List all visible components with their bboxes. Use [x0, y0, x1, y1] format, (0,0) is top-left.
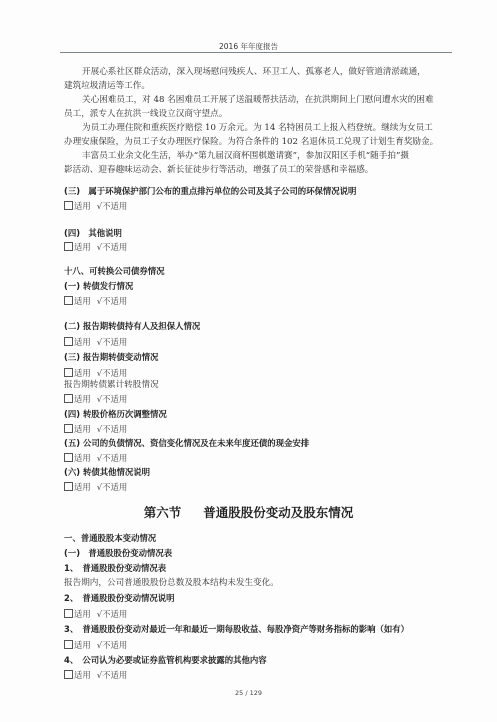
item-1-text: 报告期内，公司普通股股份总数及股本结构未发生变化。: [64, 578, 279, 589]
checkbox-applicable-icon: [64, 337, 73, 346]
checkbox-row-bond5: 适用√不适用: [64, 453, 127, 464]
item-4-heading: 4、 公司认为必要或证券监管机构要求披露的其他内容: [64, 655, 267, 666]
page-number: 25 / 129: [0, 689, 497, 697]
label-not-applicable: 不适用: [102, 394, 127, 404]
label-not-applicable: 不适用: [102, 424, 127, 434]
label-applicable: 适用: [74, 368, 91, 378]
checkbox-row-env: 适用√不适用: [64, 201, 127, 212]
checkbox-row-item4: 适用√不适用: [64, 670, 127, 681]
paragraph-community-line2: 建筑垃圾清运等工作。: [64, 81, 150, 92]
checkbox-row-bond3: 适用√不适用: [64, 368, 127, 379]
label-applicable: 适用: [74, 670, 91, 680]
paragraph-insurance-line1: 为员工办理住院和重疾医疗赔偿 10 万余元。为 14 名特困员工上报入档登统。继…: [82, 123, 433, 134]
label-applicable: 适用: [74, 424, 91, 434]
item-3-heading: 3、 普通股股份变动对最近一年和最近一期每股收益、每股净资产等财务指标的影响（如…: [64, 624, 409, 635]
share-capital-heading: 一、普通股股本变动情况: [64, 533, 156, 544]
checkbox-row-other: 适用√不适用: [64, 242, 127, 253]
checkbox-applicable-icon: [64, 670, 73, 679]
env-protection-heading: (三) 属于环境保护部门公布的重点排污单位的公司及其子公司的环保情况说明: [64, 186, 356, 197]
label-applicable: 适用: [74, 201, 91, 211]
page-header-title: 2016 年年度报告: [0, 41, 497, 52]
other-notes-heading: (四) 其他说明: [64, 228, 122, 239]
label-applicable: 适用: [74, 640, 91, 650]
label-applicable: 适用: [74, 296, 91, 306]
label-applicable: 适用: [74, 609, 91, 619]
label-applicable: 适用: [74, 453, 91, 463]
label-not-applicable: 不适用: [102, 453, 127, 463]
label-not-applicable: 不适用: [102, 242, 127, 252]
checkbox-applicable-icon: [64, 296, 73, 305]
checkbox-applicable-icon: [64, 640, 73, 649]
checkbox-row-bond1: 适用√不适用: [64, 296, 127, 307]
bond-other-heading: (六) 转债其他情况说明: [64, 467, 150, 478]
checkbox-row-bond2: 适用√不适用: [64, 337, 127, 348]
checkbox-applicable-icon: [64, 453, 73, 462]
checkbox-row-item3: 适用√不适用: [64, 640, 127, 651]
label-applicable: 适用: [74, 394, 91, 404]
paragraph-culture-line2: 影活动、迎春趣味运动会、新长征徒步行等活动，增强了员工的荣誉感和幸福感。: [64, 165, 373, 176]
share-change-table-heading: (一) 普通股股份变动情况表: [64, 548, 172, 559]
paragraph-hardship-line1: 关心困难员工，对 48 名困难员工开展了送温暖帮扶活动，在抗洪期间上门慰问遭水灾…: [82, 95, 434, 106]
bond-issuance-heading: (一) 转债发行情况: [64, 281, 133, 292]
bond-conversion-subheading: 报告期转债累计转股情况: [64, 380, 159, 391]
debt-situation-heading: (五) 公司的负债情况、资信变化情况及在未来年度还债的现金安排: [64, 438, 309, 449]
checkbox-applicable-icon: [64, 368, 73, 377]
label-not-applicable: 不适用: [102, 337, 127, 347]
checkbox-row-bond3-sub: 适用√不适用: [64, 394, 127, 405]
checkbox-row-item2: 适用√不适用: [64, 609, 127, 620]
label-not-applicable: 不适用: [102, 201, 127, 211]
paragraph-hardship-line2: 员工，派专人在抗洪一线设立汉商守望点。: [64, 109, 227, 120]
label-applicable: 适用: [74, 337, 91, 347]
bond-holders-heading: (二) 报告期转债持有人及担保人情况: [64, 321, 200, 332]
item-2-heading: 2、 普通股股份变动情况说明: [64, 593, 175, 604]
convertible-bond-heading: 十八、可转换公司债券情况: [64, 266, 165, 277]
conversion-price-heading: (四) 转股价格历次调整情况: [64, 409, 167, 420]
chapter-number: 第六节: [144, 505, 182, 520]
checkbox-applicable-icon: [64, 424, 73, 433]
item-1-heading: 1、 普通股股份变动情况表: [64, 563, 166, 574]
paragraph-community-line1: 开展心系社区群众活动，深入现场慰问残疾人、环卫工人、孤寡老人，做好管道清淤疏通，: [82, 67, 426, 78]
checkbox-applicable-icon: [64, 242, 73, 251]
bond-changes-heading: (三) 报告期转债变动情况: [64, 352, 158, 363]
label-not-applicable: 不适用: [102, 670, 127, 680]
paragraph-culture-line1: 丰富员工业余文化生活，举办“第九届汉商杯围棋邀请赛”，参加汉阳区手机“随手拍”摄: [82, 151, 409, 162]
chapter-name: 普通股股份变动及股东情况: [203, 505, 353, 520]
checkbox-row-bond6: 适用√不适用: [64, 482, 127, 493]
label-not-applicable: 不适用: [102, 296, 127, 306]
checkbox-applicable-icon: [64, 482, 73, 491]
label-applicable: 适用: [74, 482, 91, 492]
checkbox-row-bond4: 适用√不适用: [64, 424, 127, 435]
chapter-title: 第六节普通股股份变动及股东情况: [0, 503, 497, 521]
checkbox-applicable-icon: [64, 394, 73, 403]
label-not-applicable: 不适用: [102, 368, 127, 378]
checkbox-applicable-icon: [64, 609, 73, 618]
label-not-applicable: 不适用: [102, 640, 127, 650]
header-rule: [60, 52, 452, 53]
label-applicable: 适用: [74, 242, 91, 252]
label-not-applicable: 不适用: [102, 482, 127, 492]
label-not-applicable: 不适用: [102, 609, 127, 619]
checkbox-applicable-icon: [64, 201, 73, 210]
paragraph-insurance-line2: 办理安康保险，为员工子女办理医疗保险。为符合条件的 102 名退休员工兑现了计划…: [64, 137, 438, 148]
